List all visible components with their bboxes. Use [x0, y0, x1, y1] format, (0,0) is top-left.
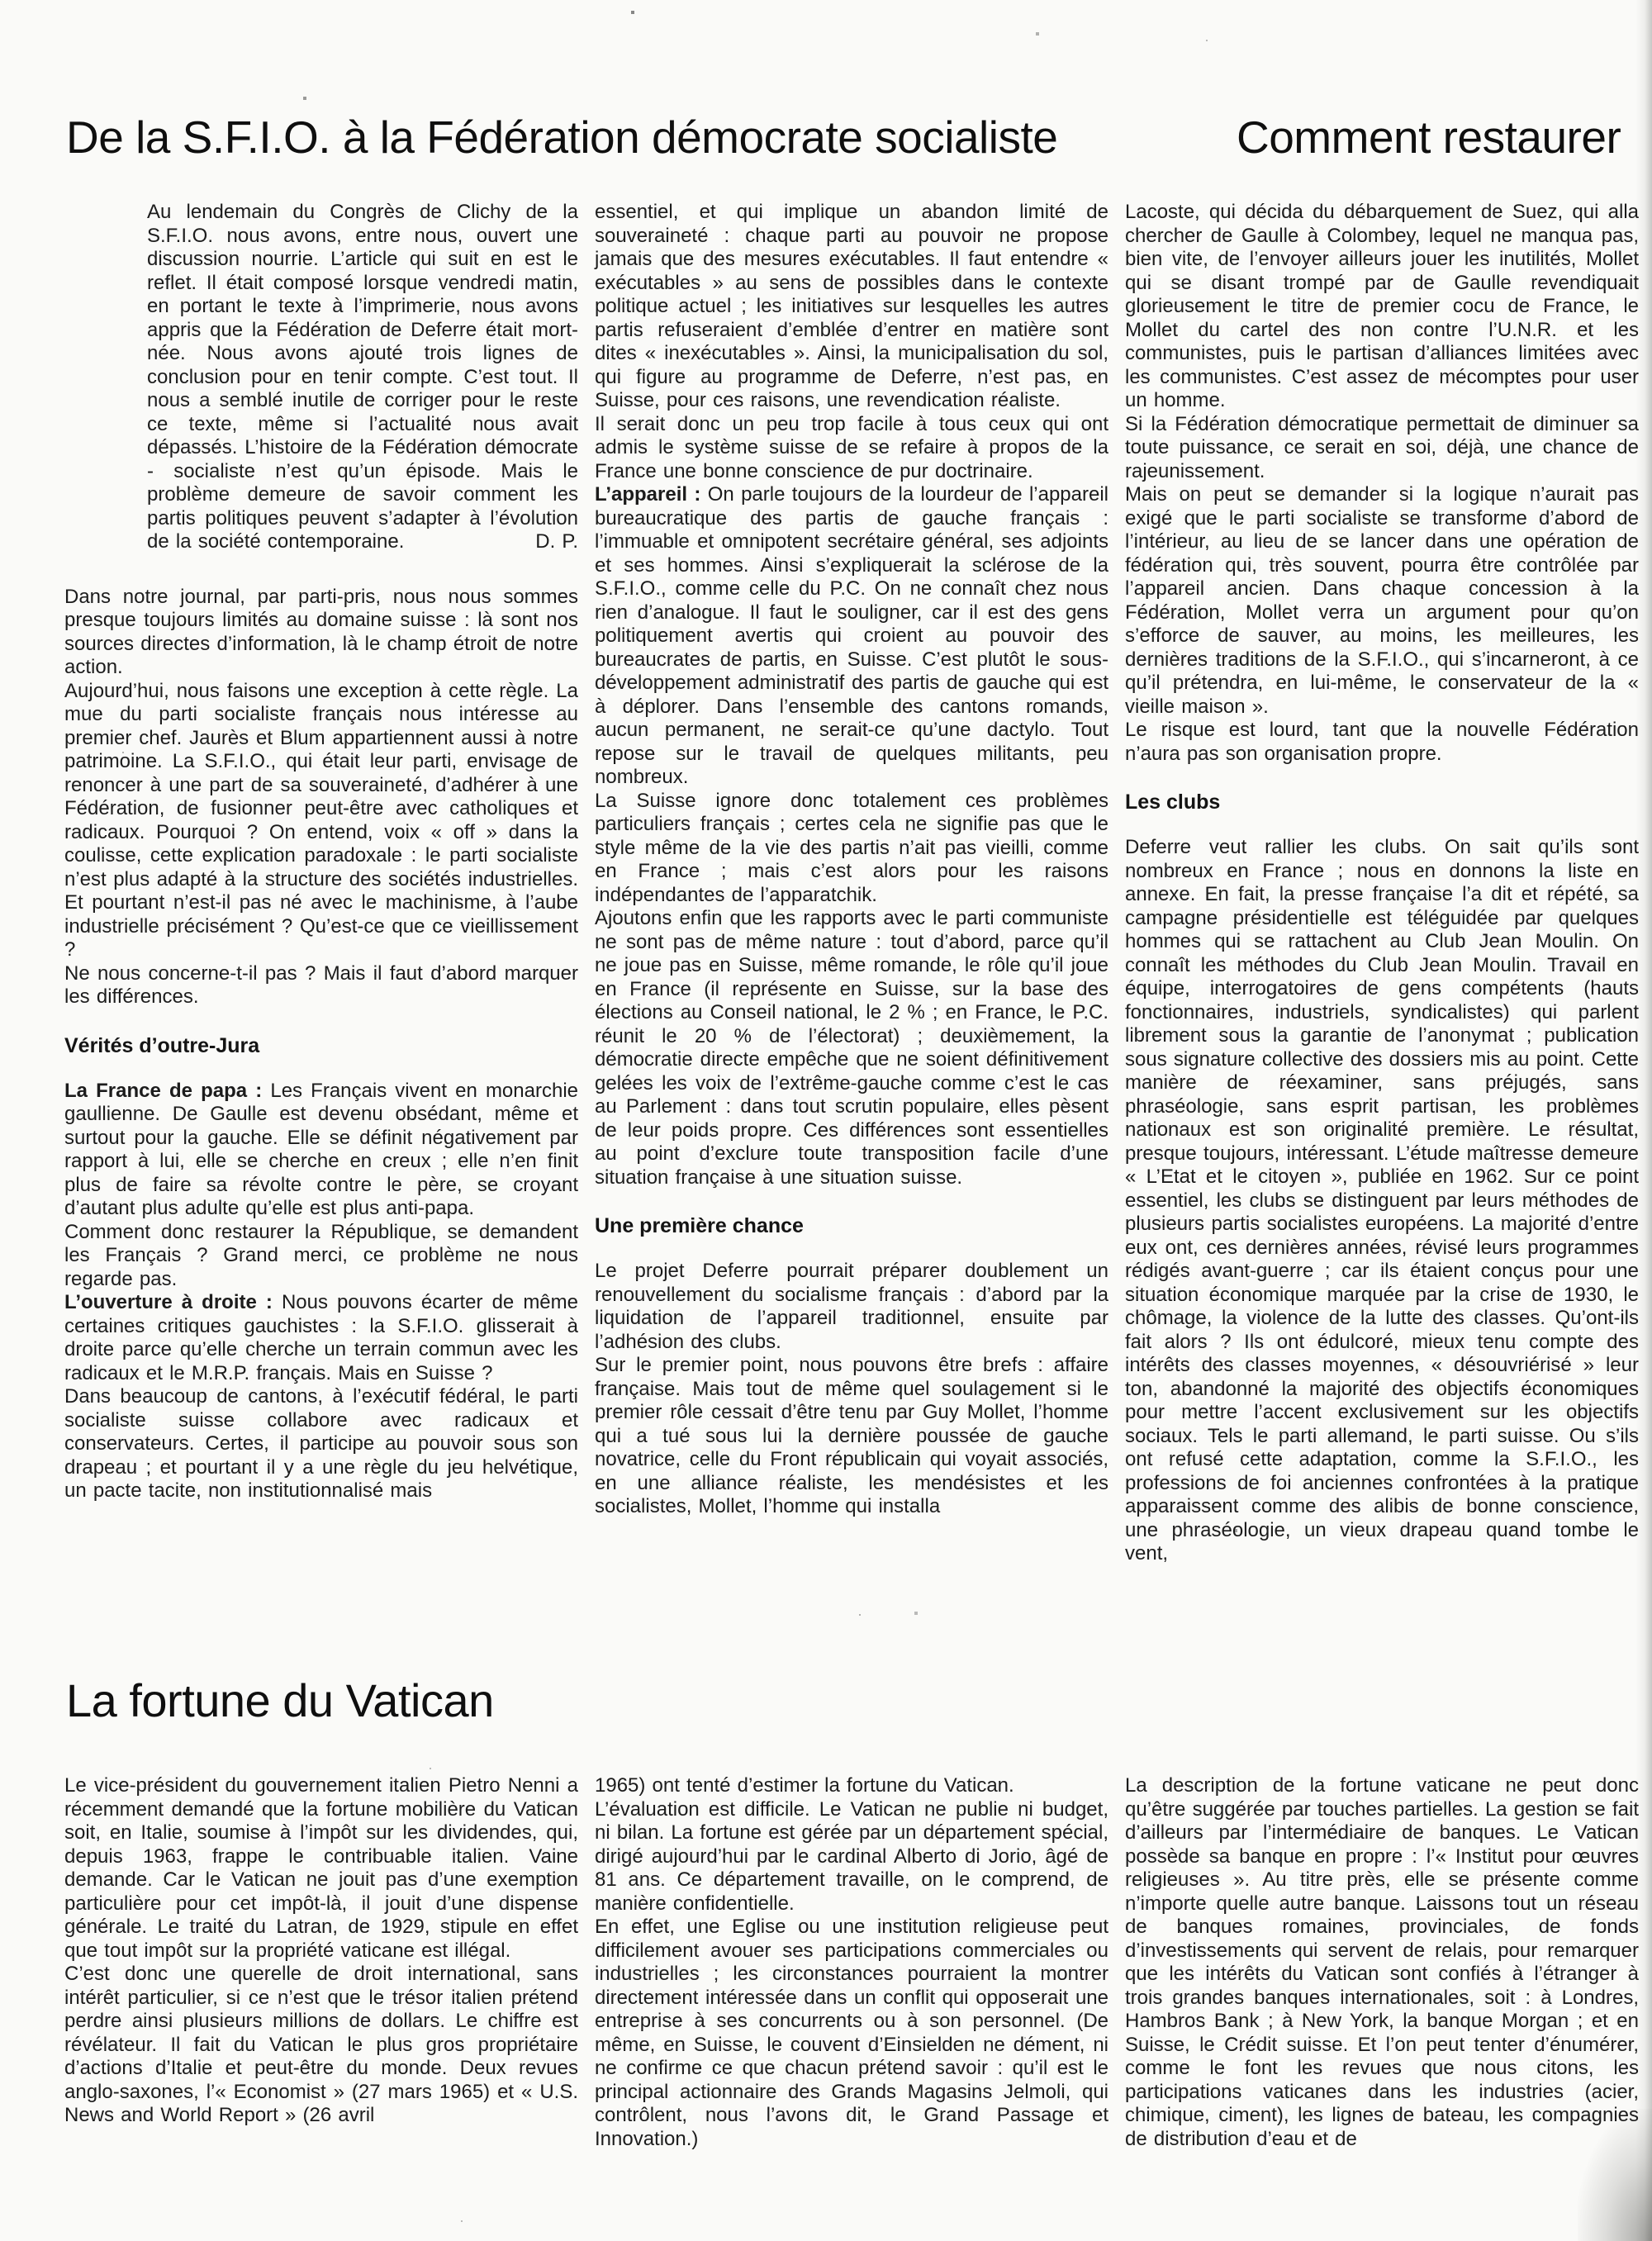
editor-note: Au lendemain du Congrès de Clichy de la …	[147, 201, 578, 554]
article-restaurer-headline: Comment restaurer	[1237, 111, 1621, 164]
paragraph: 1965) ont tenté d’estimer la fortune du …	[595, 1774, 1108, 1798]
paragraph: Ne nous concerne-t-il pas ? Mais il faut…	[64, 962, 578, 1009]
section-subheading: Vérités d’outre-Jura	[64, 1034, 578, 1058]
paragraph: essentiel, et qui implique un abandon li…	[595, 201, 1108, 413]
section-subheading: Une première chance	[595, 1214, 1108, 1238]
paragraph: Mais on peut se demander si la logique n…	[1125, 483, 1639, 719]
paragraph: Deferre veut rallier les clubs. On sait …	[1125, 836, 1639, 1566]
paragraph: En effet, une Eglise ou une institution …	[595, 1916, 1108, 2151]
paragraph: Comment donc restaurer la République, se…	[64, 1221, 578, 1292]
paragraph: Le vice-président du gouvernement italie…	[64, 1774, 578, 1963]
article-vatican-headline: La fortune du Vatican	[66, 1674, 494, 1727]
text-column: essentiel, et qui implique un abandon li…	[595, 201, 1108, 1519]
text-column: Au lendemain du Congrès de Clichy de la …	[64, 201, 578, 1503]
paragraph: Lacoste, qui décida du débarquement de S…	[1125, 201, 1639, 413]
article-sfio-headline: De la S.F.I.O. à la Fédération démocrate…	[66, 111, 1057, 164]
author-initials: D. P.	[535, 530, 578, 554]
paragraph: Ajoutons enfin que les rapports avec le …	[595, 907, 1108, 1189]
paragraph: Si la Fédération démocratique permettait…	[1125, 413, 1639, 484]
paragraph: Il serait donc un peu trop facile à tous…	[595, 413, 1108, 484]
paragraph: Aujourd’hui, nous faisons une exception …	[64, 680, 578, 962]
paragraph: C’est donc une querelle de droit interna…	[64, 1963, 578, 2128]
paragraph: L’évaluation est difficile. Le Vatican n…	[595, 1798, 1108, 1916]
newspaper-page: De la S.F.I.O. à la Fédération démocrate…	[0, 0, 1652, 2241]
paragraph: Le risque est lourd, tant que la nouvell…	[1125, 719, 1639, 766]
paragraph: Sur le premier point, nous pouvons être …	[595, 1354, 1108, 1519]
section-subheading: Les clubs	[1125, 791, 1639, 814]
article-vatican-body: Le vice-président du gouvernement italie…	[64, 1774, 1639, 2151]
paragraph: L’ouverture à droite : Nous pouvons écar…	[64, 1291, 578, 1385]
paragraph: La France de papa : Les Français vivent …	[64, 1080, 578, 1221]
article-sfio-body: Au lendemain du Congrès de Clichy de la …	[64, 201, 1639, 1566]
paragraph-lead: L’ouverture à droite :	[64, 1291, 282, 1313]
paragraph-lead: L’appareil :	[595, 483, 708, 506]
paragraph: La description de la fortune vaticane ne…	[1125, 1774, 1639, 2151]
text-column: La description de la fortune vaticane ne…	[1125, 1774, 1639, 2151]
paragraph-lead: La France de papa :	[64, 1080, 270, 1102]
paragraph: Dans beaucoup de cantons, à l’exécutif f…	[64, 1385, 578, 1503]
paragraph: Le projet Deferre pourrait préparer doub…	[595, 1260, 1108, 1354]
scan-noise	[0, 0, 2, 2]
text-column: 1965) ont tenté d’estimer la fortune du …	[595, 1774, 1108, 2151]
paragraph: Dans notre journal, par parti-pris, nous…	[64, 586, 578, 680]
paragraph: L’appareil : On parle toujours de la lou…	[595, 483, 1108, 790]
text-column: Lacoste, qui décida du débarquement de S…	[1125, 201, 1639, 1566]
paragraph: La Suisse ignore donc totalement ces pro…	[595, 790, 1108, 908]
text-column: Le vice-président du gouvernement italie…	[64, 1774, 578, 2128]
